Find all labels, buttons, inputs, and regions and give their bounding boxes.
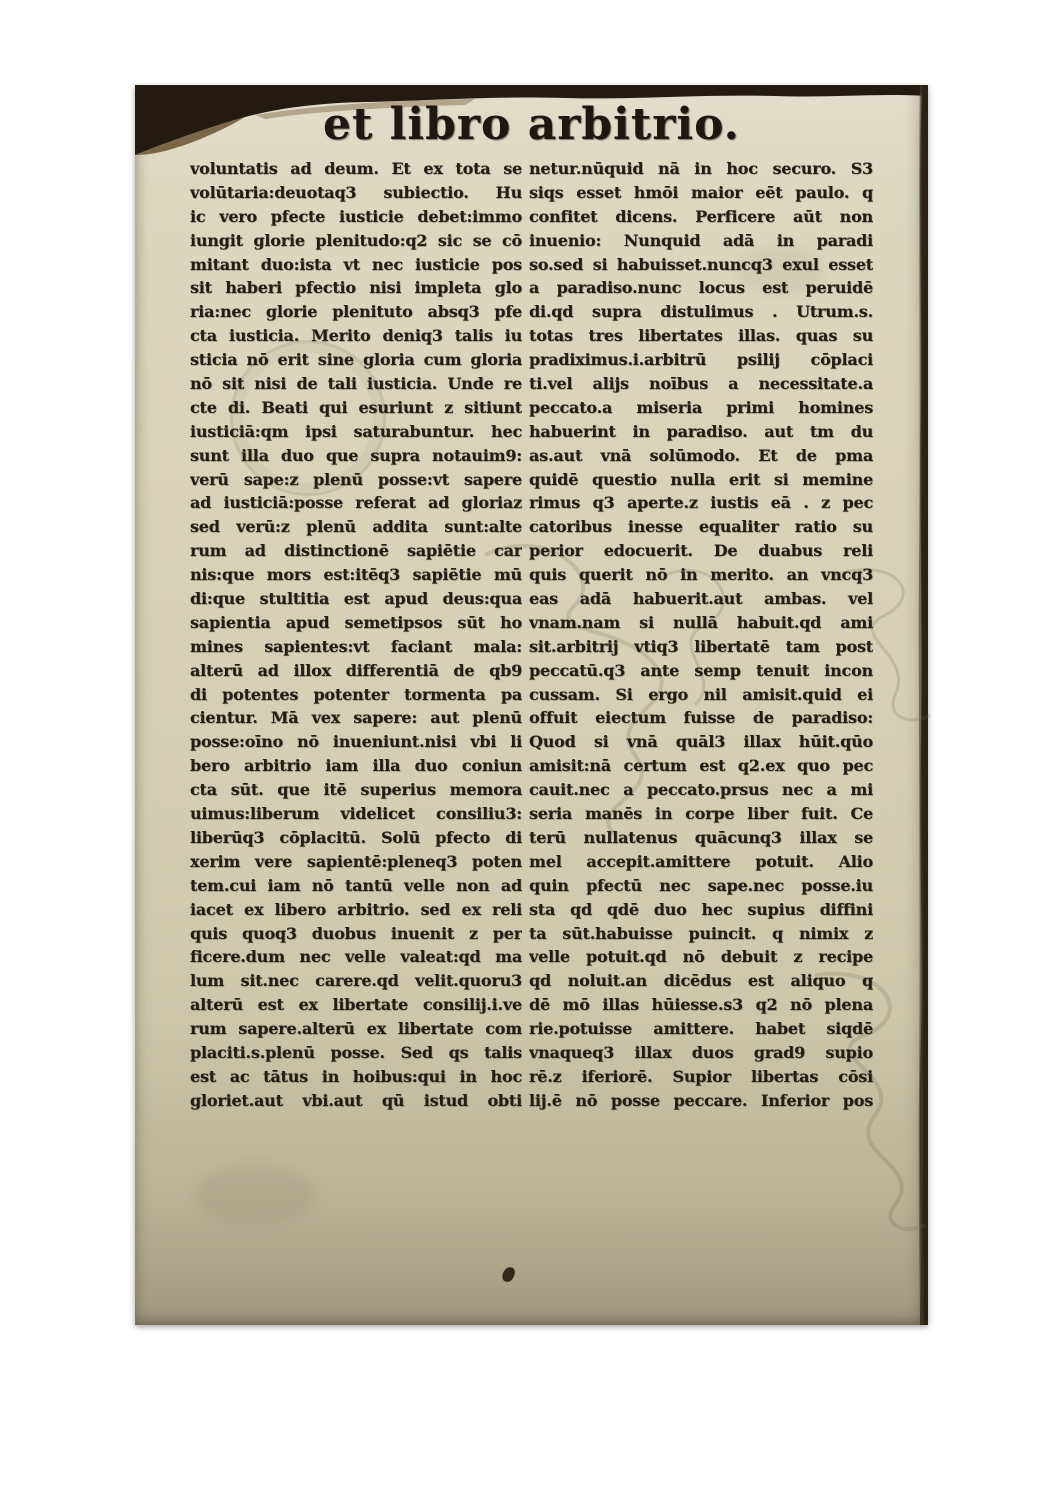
running-title: et libro arbitrio.	[135, 99, 928, 150]
text-line: sit.arbitrij vtiq3 libertatē tam post	[529, 635, 873, 659]
text-line: ad iusticiā:posse referat ad gloriaz	[190, 491, 522, 515]
text-line: velle potuit.qd nō debuit z recipe	[529, 945, 873, 969]
text-line: iungit glorie plenitudo:q2 sic se cō	[190, 229, 522, 253]
text-line: iusticiā:qm ipsi saturabuntur. hec	[190, 420, 522, 444]
text-line: pradiximus.i.arbitrū psilij cōplaci	[529, 348, 873, 372]
text-line: peccato.a miseria primi homines	[529, 396, 873, 420]
text-line: nis:que mors est:itēq3 sapiētie mū	[190, 563, 522, 587]
ink-spot	[501, 1266, 516, 1284]
text-line: tem.cui iam nō tantū velle non ad	[190, 874, 522, 898]
right-edge-shadow	[910, 85, 928, 1325]
text-line: alterū est ex libertate consilij.i.ve	[190, 993, 522, 1017]
text-line: sit haberi pfectio nisi impleta glo	[190, 276, 522, 300]
text-line: di:que stultitia est apud deus:qua	[190, 587, 522, 611]
text-line: ic vero pfecte iusticie debet:immo	[190, 205, 522, 229]
text-line: a paradiso.nunc locus est peruidē	[529, 276, 873, 300]
text-line: ti.vel alijs noībus a necessitate.a	[529, 372, 873, 396]
text-line: cussam. Si ergo nil amisit.quid ei	[529, 683, 873, 707]
text-line: gloriet.aut vbi.aut qū istud obti	[190, 1089, 522, 1113]
text-line: seria manēs in corpe liber fuit. Ce	[529, 802, 873, 826]
text-line: sticia nō erit sine gloria cum gloria	[190, 348, 522, 372]
text-line: offuit eiectum fuisse de paradiso:	[529, 706, 873, 730]
text-line: liberūq3 cōplacitū. Solū pfecto di	[190, 826, 522, 850]
text-line: di potentes potenter tormenta pa	[190, 683, 522, 707]
text-line: placiti.s.plenū posse. Sed qs talis	[190, 1041, 522, 1065]
text-line: iacet ex libero arbitrio. sed ex reli	[190, 898, 522, 922]
text-line: ria:nec glorie plenituto absq3 pfe	[190, 300, 522, 324]
text-line: eas adā habuerit.aut ambas. vel	[529, 587, 873, 611]
text-line: terū nullatenus quācunq3 illax se	[529, 826, 873, 850]
text-line: mitant duo:ista vt nec iusticie pos	[190, 253, 522, 277]
text-line: quis quoq3 duobus inuenit z per	[190, 922, 522, 946]
text-line: ficere.dum nec velle valeat:qd ma	[190, 945, 522, 969]
text-line: cta iusticia. Merito deniq3 talis iu	[190, 324, 522, 348]
text-column-right: netur.nūquid nā in hoc securo. S3siqs es…	[529, 157, 873, 1113]
text-line: siqs esset hmōi maior eēt paulo. q	[529, 181, 873, 205]
text-column-left: voluntatis ad deum. Et ex tota sevolūtar…	[190, 157, 522, 1113]
text-line: confitet dicens. Perficere aūt non	[529, 205, 873, 229]
text-line: quis querit nō in merito. an vncq3	[529, 563, 873, 587]
text-line: cta sūt. que itē superius memora	[190, 778, 522, 802]
text-line: uimus:liberum videlicet consiliu3:	[190, 802, 522, 826]
text-line: sapientia apud semetipsos sūt ho	[190, 611, 522, 635]
text-line: quidē questio nulla erit si memine	[529, 468, 873, 492]
book-page-scan: et libro arbitrio. voluntatis ad deum. E…	[135, 85, 928, 1325]
text-line: qd noluit.an dicēdus est aliquo q	[529, 969, 873, 993]
text-line: rē.z iferiorē. Supior libertas cōsi	[529, 1065, 873, 1089]
text-line: mel accepit.amittere potuit. Alio	[529, 850, 873, 874]
text-line: sta qd qdē duo hec supius diffini	[529, 898, 873, 922]
text-line: rum ad distinctionē sapiētie car	[190, 539, 522, 563]
text-line: rie.potuisse amittere. habet siqdē	[529, 1017, 873, 1041]
text-line: peccatū.q3 ante semp tenuit incon	[529, 659, 873, 683]
text-line: xerim vere sapientē:pleneq3 poten	[190, 850, 522, 874]
text-line: so.sed si habuisset.nuncq3 exul esset	[529, 253, 873, 277]
text-line: quin pfectū nec sape.nec posse.iu	[529, 874, 873, 898]
text-line: posse:oīno nō inueniunt.nisi vbi li	[190, 730, 522, 754]
text-line: as.aut vnā solūmodo. Et de pma	[529, 444, 873, 468]
text-line: cauit.nec a peccato.prsus nec a mi	[529, 778, 873, 802]
text-line: sed verū:z plenū addita sunt:alte	[190, 515, 522, 539]
text-line: amisit:nā certum est q2.ex quo pec	[529, 754, 873, 778]
text-line: est ac tātus in hoibus:qui in hoc	[190, 1065, 522, 1089]
text-line: lum sit.nec carere.qd velit.quoru3	[190, 969, 522, 993]
text-line: volūtaria:deuotaq3 subiectio. Hu	[190, 181, 522, 205]
text-line: lij.ē nō posse peccare. Inferior pos	[529, 1089, 873, 1113]
text-line: cientur. Mā vex sapere: aut plenū	[190, 706, 522, 730]
text-line: rum sapere.alterū ex libertate com	[190, 1017, 522, 1041]
text-line: rimus q3 aperte.z iustis eā . z pec	[529, 491, 873, 515]
text-line: netur.nūquid nā in hoc securo. S3	[529, 157, 873, 181]
text-line: inuenio: Nunquid adā in paradi	[529, 229, 873, 253]
text-line: verū sape:z plenū posse:vt sapere	[190, 468, 522, 492]
text-line: dē mō illas hūiesse.s3 q2 nō plena	[529, 993, 873, 1017]
text-line: Quod si vnā quāl3 illax hūit.qūo	[529, 730, 873, 754]
text-line: habuerint in paradiso. aut tm du	[529, 420, 873, 444]
text-line: alterū ad illox differentiā de qb9	[190, 659, 522, 683]
text-line: ta sūt.habuisse puincit. q nimix z	[529, 922, 873, 946]
text-line: voluntatis ad deum. Et ex tota se	[190, 157, 522, 181]
text-line: mines sapientes:vt faciant mala:	[190, 635, 522, 659]
text-line: vnam.nam si nullā habuit.qd ami	[529, 611, 873, 635]
text-line: bero arbitrio iam illa duo coniun	[190, 754, 522, 778]
text-line: totas tres libertates illas. quas su	[529, 324, 873, 348]
text-line: catoribus inesse equaliter ratio su	[529, 515, 873, 539]
text-line: perior edocuerit. De duabus reli	[529, 539, 873, 563]
text-line: di.qd supra distulimus . Utrum.s.	[529, 300, 873, 324]
text-line: vnaqueq3 illax duos grad9 supio	[529, 1041, 873, 1065]
text-line: nō sit nisi de tali iusticia. Unde re	[190, 372, 522, 396]
text-line: cte di. Beati qui esuriunt z sitiunt	[190, 396, 522, 420]
paper-stain	[195, 1165, 315, 1225]
text-line: sunt illa duo que supra notauim9:	[190, 444, 522, 468]
